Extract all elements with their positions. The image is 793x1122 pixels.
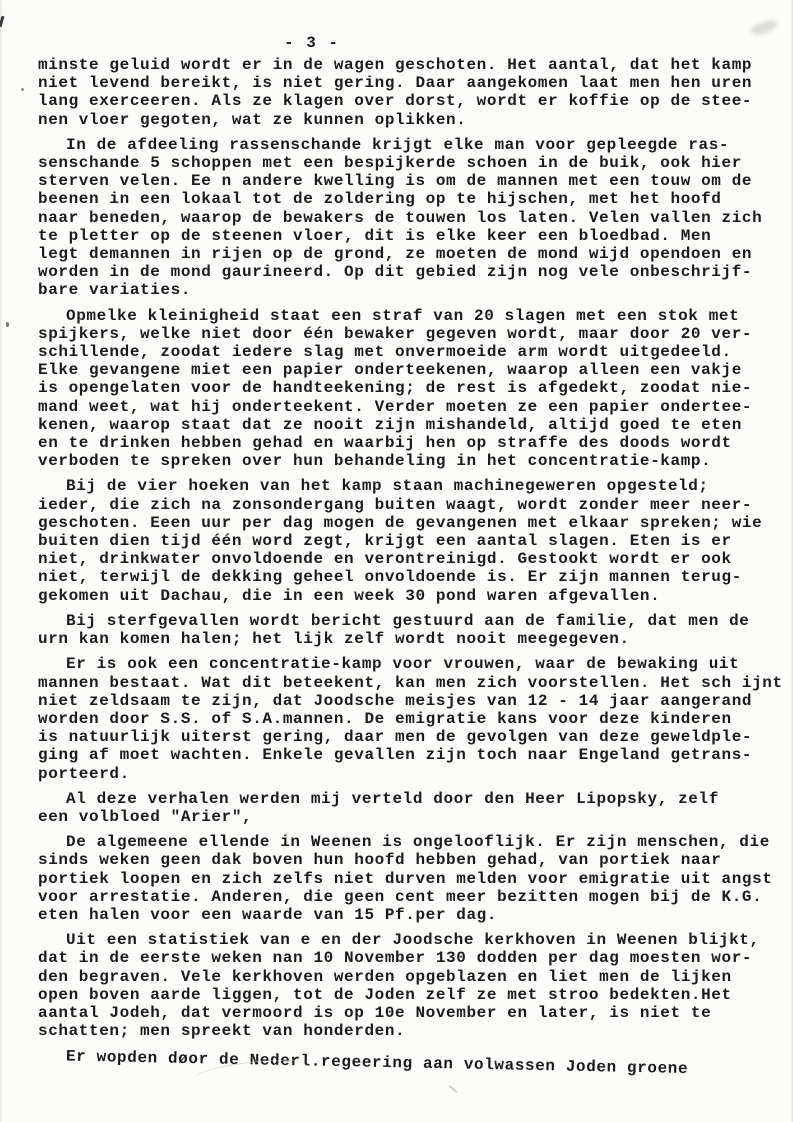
text-line: ieder, die zich na zonsondergang buiten … (38, 496, 793, 514)
text-line: eten halen voor een waarde van 15 Pf.per… (38, 906, 793, 924)
paragraph: Al deze verhalen werden mij verteld door… (38, 790, 793, 826)
text-line: schillende, zoodat iedere slag met onver… (38, 343, 793, 361)
text-line: niet, terwijl de dekking geheel onvoldoe… (38, 568, 793, 586)
text-line: niet levend bereikt, is niet gering. Daa… (38, 74, 793, 92)
paragraph: minste geluid wordt er in de wagen gesch… (38, 56, 793, 129)
paragraph: Uit een statistiek van e en der Joodsche… (38, 931, 793, 1040)
paragraph: Er wopden døor de Nederl.regeering aan v… (38, 1047, 793, 1080)
text-line: is opengelaten voor de handteekening; de… (38, 379, 793, 397)
text-line: porteerd. (38, 765, 793, 783)
text-line: niet zeldsaam te zijn, dat Joodsche meis… (38, 692, 793, 710)
text-line: beenen in een lokaal tot de zoldering op… (38, 190, 793, 208)
smudge (449, 1085, 458, 1093)
text-line: schatten; men spreekt van honderden. (38, 1022, 793, 1040)
text-line: Er wopden døor de Nederl.regeering aan v… (38, 1047, 793, 1080)
smudge (749, 18, 779, 37)
text-line: kenen, waarop staat dat ze nooit zijn mi… (38, 416, 793, 434)
text-line: is natuurlijk uiterst gering, daar men d… (38, 728, 793, 746)
text-line: geschoten. Eeen uur per dag mogen de gev… (38, 514, 793, 532)
text-line: aantal Jodeh, dat vermoord is op 10e Nov… (38, 1004, 793, 1022)
text-line: dat in de eerste weken nan 10 November 1… (38, 949, 793, 967)
document-body: minste geluid wordt er in de wagen gesch… (38, 56, 793, 1073)
text-line: urn kan komen halen; het lijk zelf wordt… (38, 630, 793, 648)
document-page: - 3 - minste geluid wordt er in de wagen… (0, 0, 793, 1122)
text-line: legt demannen in rijen op de grond, ze m… (38, 245, 793, 263)
paragraph: Er is ook een concentratie-kamp voor vro… (38, 655, 793, 782)
text-line: Er is ook een concentratie-kamp voor vro… (38, 655, 793, 673)
paragraph: In de afdeeling rassenschande krijgt elk… (38, 136, 793, 300)
text-line: worden in de mond gaurineerd. Op dit geb… (38, 263, 793, 281)
text-line: In de afdeeling rassenschande krijgt elk… (38, 136, 793, 154)
text-line: verboden te spreken over hun behandeling… (38, 452, 793, 470)
text-line: gekomen uit Dachau, die in een week 30 p… (38, 587, 793, 605)
text-line: sinds weken geen dak boven hun hoofd heb… (38, 851, 793, 869)
text-line: Al deze verhalen werden mij verteld door… (38, 790, 793, 808)
text-line: Bij sterfgevallen wordt bericht gestuurd… (38, 612, 793, 630)
text-line: ging af moet wachten. Enkele gevallen zi… (38, 746, 793, 764)
scan-edge-left (0, 0, 3, 1122)
text-line: mannen bestaat. Wat dit beteekent, kan m… (38, 674, 793, 692)
text-line: lang exerceeren. Als ze klagen over dors… (38, 92, 793, 110)
paragraph: Bij sterfgevallen wordt bericht gestuurd… (38, 612, 793, 648)
text-line: minste geluid wordt er in de wagen gesch… (38, 56, 793, 74)
paragraph: Opmelke kleinigheid staat een straf van … (38, 307, 793, 471)
text-line: naar beneden, waarop de bewakers de touw… (38, 209, 793, 227)
text-line: Bij de vier hoeken van het kamp staan ma… (38, 477, 793, 495)
text-line: voor arrestatie. Anderen, die geen cent … (38, 888, 793, 906)
text-line: portiek loopen en zich zelfs niet durven… (38, 870, 793, 888)
text-line: den begraven. Vele kerkhoven werden opge… (38, 968, 793, 986)
text-line: sterven velen. Ee n andere kwelling is o… (38, 172, 793, 190)
text-line: Uit een statistiek van e en der Joodsche… (38, 931, 793, 949)
page-number: - 3 - (284, 34, 340, 52)
paragraph: De algemeene ellende in Weenen is ongelo… (38, 833, 793, 924)
ink-dot (6, 322, 9, 327)
text-line: open boven aarde liggen, tot de Joden ze… (38, 986, 793, 1004)
text-line: niet, drinkwater onvoldoende en verontre… (38, 550, 793, 568)
text-line: en te drinken hebben gehad en waarbij he… (38, 434, 793, 452)
text-line: een volbloed "Arier", (38, 808, 793, 826)
text-line: De algemeene ellende in Weenen is ongelo… (38, 833, 793, 851)
text-line: Elke gevangene miet een papier onderteek… (38, 361, 793, 379)
text-line: nen vloer gegoten, wat ze kunnen oplikke… (38, 111, 793, 129)
text-line: bare variaties. (38, 281, 793, 299)
text-line: senschande 5 schoppen met een bespijkerd… (38, 154, 793, 172)
text-line: buiten dien tijd één word zegt, krijgt e… (38, 532, 793, 550)
text-line: worden door S.S. of S.A.mannen. De emigr… (38, 710, 793, 728)
text-line: mand weet, wat hij onderteekent. Verder … (38, 398, 793, 416)
text-line: te pletter op de steenen vloer, dit is e… (38, 227, 793, 245)
text-line: Opmelke kleinigheid staat een straf van … (38, 307, 793, 325)
ink-dot (21, 88, 24, 91)
text-line: spijkers, welke niet door één bewaker ge… (38, 325, 793, 343)
paragraph: Bij de vier hoeken van het kamp staan ma… (38, 477, 793, 604)
